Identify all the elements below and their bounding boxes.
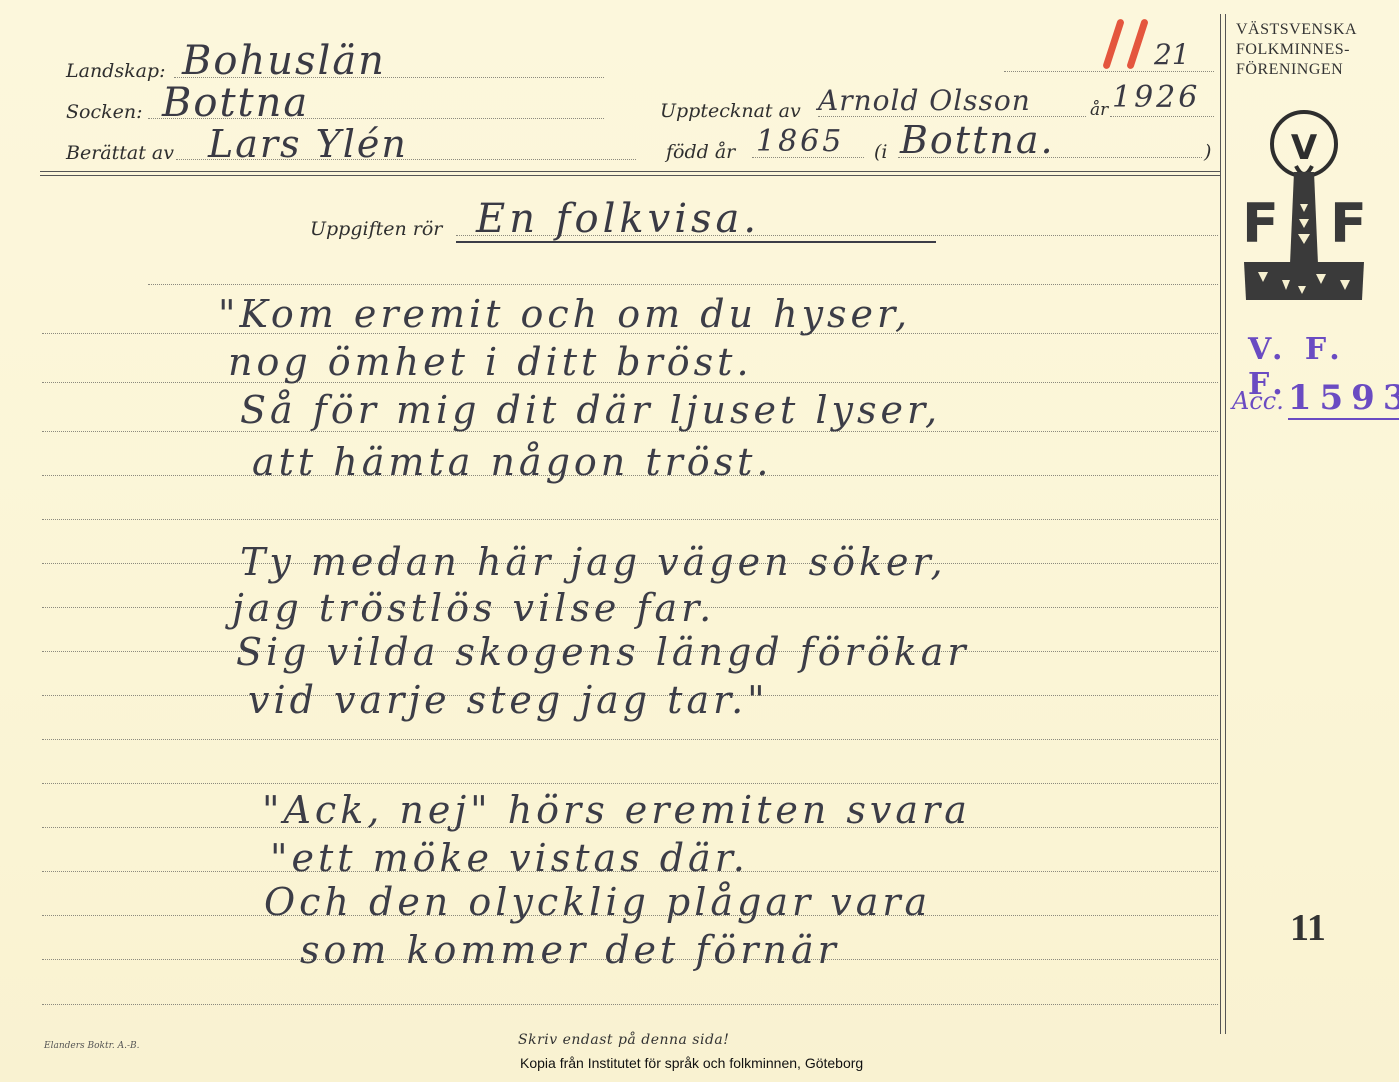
subject-underline: [456, 241, 936, 243]
verse-line: som kommer det förnär: [300, 928, 840, 972]
stamp-acc-label: Acc.: [1232, 387, 1284, 415]
verse-line: att hämta någon tröst.: [252, 440, 773, 484]
verse-line: "Ack, nej" hörs eremiten svara: [262, 788, 971, 832]
upptecknat-label: Upptecknat av: [660, 100, 801, 122]
ar-label: år: [1090, 100, 1108, 120]
fodd-place-value: Bottna.: [900, 118, 1055, 162]
ruled-line: [42, 739, 1218, 740]
svg-text:F: F: [1330, 192, 1367, 255]
ruled-line: [42, 1004, 1218, 1005]
thors-hammer-icon: V F F: [1238, 104, 1372, 304]
header-rule-top: [40, 171, 1220, 172]
berattat-label: Berättat av: [66, 142, 174, 164]
verse-line: Och den olycklig plågar vara: [264, 880, 931, 924]
fodd-label: född år: [666, 141, 735, 163]
ruled-line: [42, 519, 1218, 520]
ruled-line: [42, 783, 1218, 784]
org-line-2: FOLKMINNES-: [1236, 40, 1357, 60]
org-name: VÄSTSVENSKA FOLKMINNES- FÖRENINGEN: [1236, 20, 1357, 80]
verse-line: Ty medan här jag vägen söker,: [240, 540, 947, 584]
verse-line: jag tröstlös vilse far.: [232, 586, 715, 630]
vff-hammer-logo: V F F: [1238, 104, 1372, 304]
verse-line: Sig vilda skogens längd förökar: [236, 630, 970, 674]
verse-line: Så för mig dit där ljuset lyser,: [240, 388, 941, 432]
stamp-accession: Acc. 1593: [1232, 378, 1399, 418]
fodd-place-close: ): [1204, 141, 1211, 163]
header-rule-bottom: [40, 175, 1220, 176]
svg-text:F: F: [1242, 192, 1279, 255]
archive-record-card: Landskap: Bohuslän Socken: Bottna Berätt…: [0, 0, 1399, 1082]
ar-line: [1110, 116, 1214, 117]
red-mark-stroke-2: [1126, 18, 1149, 70]
record-number: 21: [1154, 38, 1190, 71]
verse-line: nog ömhet i ditt bröst.: [228, 340, 753, 384]
verse-line: "Kom eremit och om du hyser,: [218, 292, 911, 336]
ruled-line: [148, 284, 1218, 285]
org-line-3: FÖRENINGEN: [1236, 60, 1357, 80]
verse-line: "ett möke vistas där.: [270, 836, 749, 880]
fodd-value: 1865: [756, 124, 844, 159]
fodd-place-open: (i: [874, 141, 888, 163]
copy-notice: Kopia från Institutet för språk och folk…: [520, 1055, 863, 1071]
footer-instruction: Skriv endast på denna sida!: [518, 1032, 729, 1048]
upptecknat-value: Arnold Olsson: [818, 84, 1031, 117]
subject-value: En folkvisa.: [476, 196, 760, 242]
red-mark-stroke-1: [1102, 18, 1125, 70]
org-line-1: VÄSTSVENSKA: [1236, 20, 1357, 40]
berattat-value: Lars Ylén: [208, 122, 408, 166]
landskap-label: Landskap:: [66, 60, 166, 82]
ar-value: 1926: [1112, 80, 1200, 115]
page-number: 11: [1290, 906, 1326, 950]
sidebar-divider-left: [1220, 14, 1221, 1034]
printer-credit: Elanders Boktr. A.-B.: [44, 1041, 140, 1051]
socken-label: Socken:: [66, 101, 143, 123]
subject-label: Uppgiften rör: [310, 218, 442, 240]
record-number-line: [1004, 71, 1214, 72]
landskap-value: Bohuslän: [182, 38, 386, 84]
stamp-acc-number: 1593: [1288, 378, 1399, 420]
svg-text:V: V: [1291, 128, 1318, 168]
sidebar-divider-right: [1225, 14, 1226, 1034]
verse-line: vid varje steg jag tar.": [248, 678, 769, 722]
socken-value: Bottna: [162, 80, 309, 126]
